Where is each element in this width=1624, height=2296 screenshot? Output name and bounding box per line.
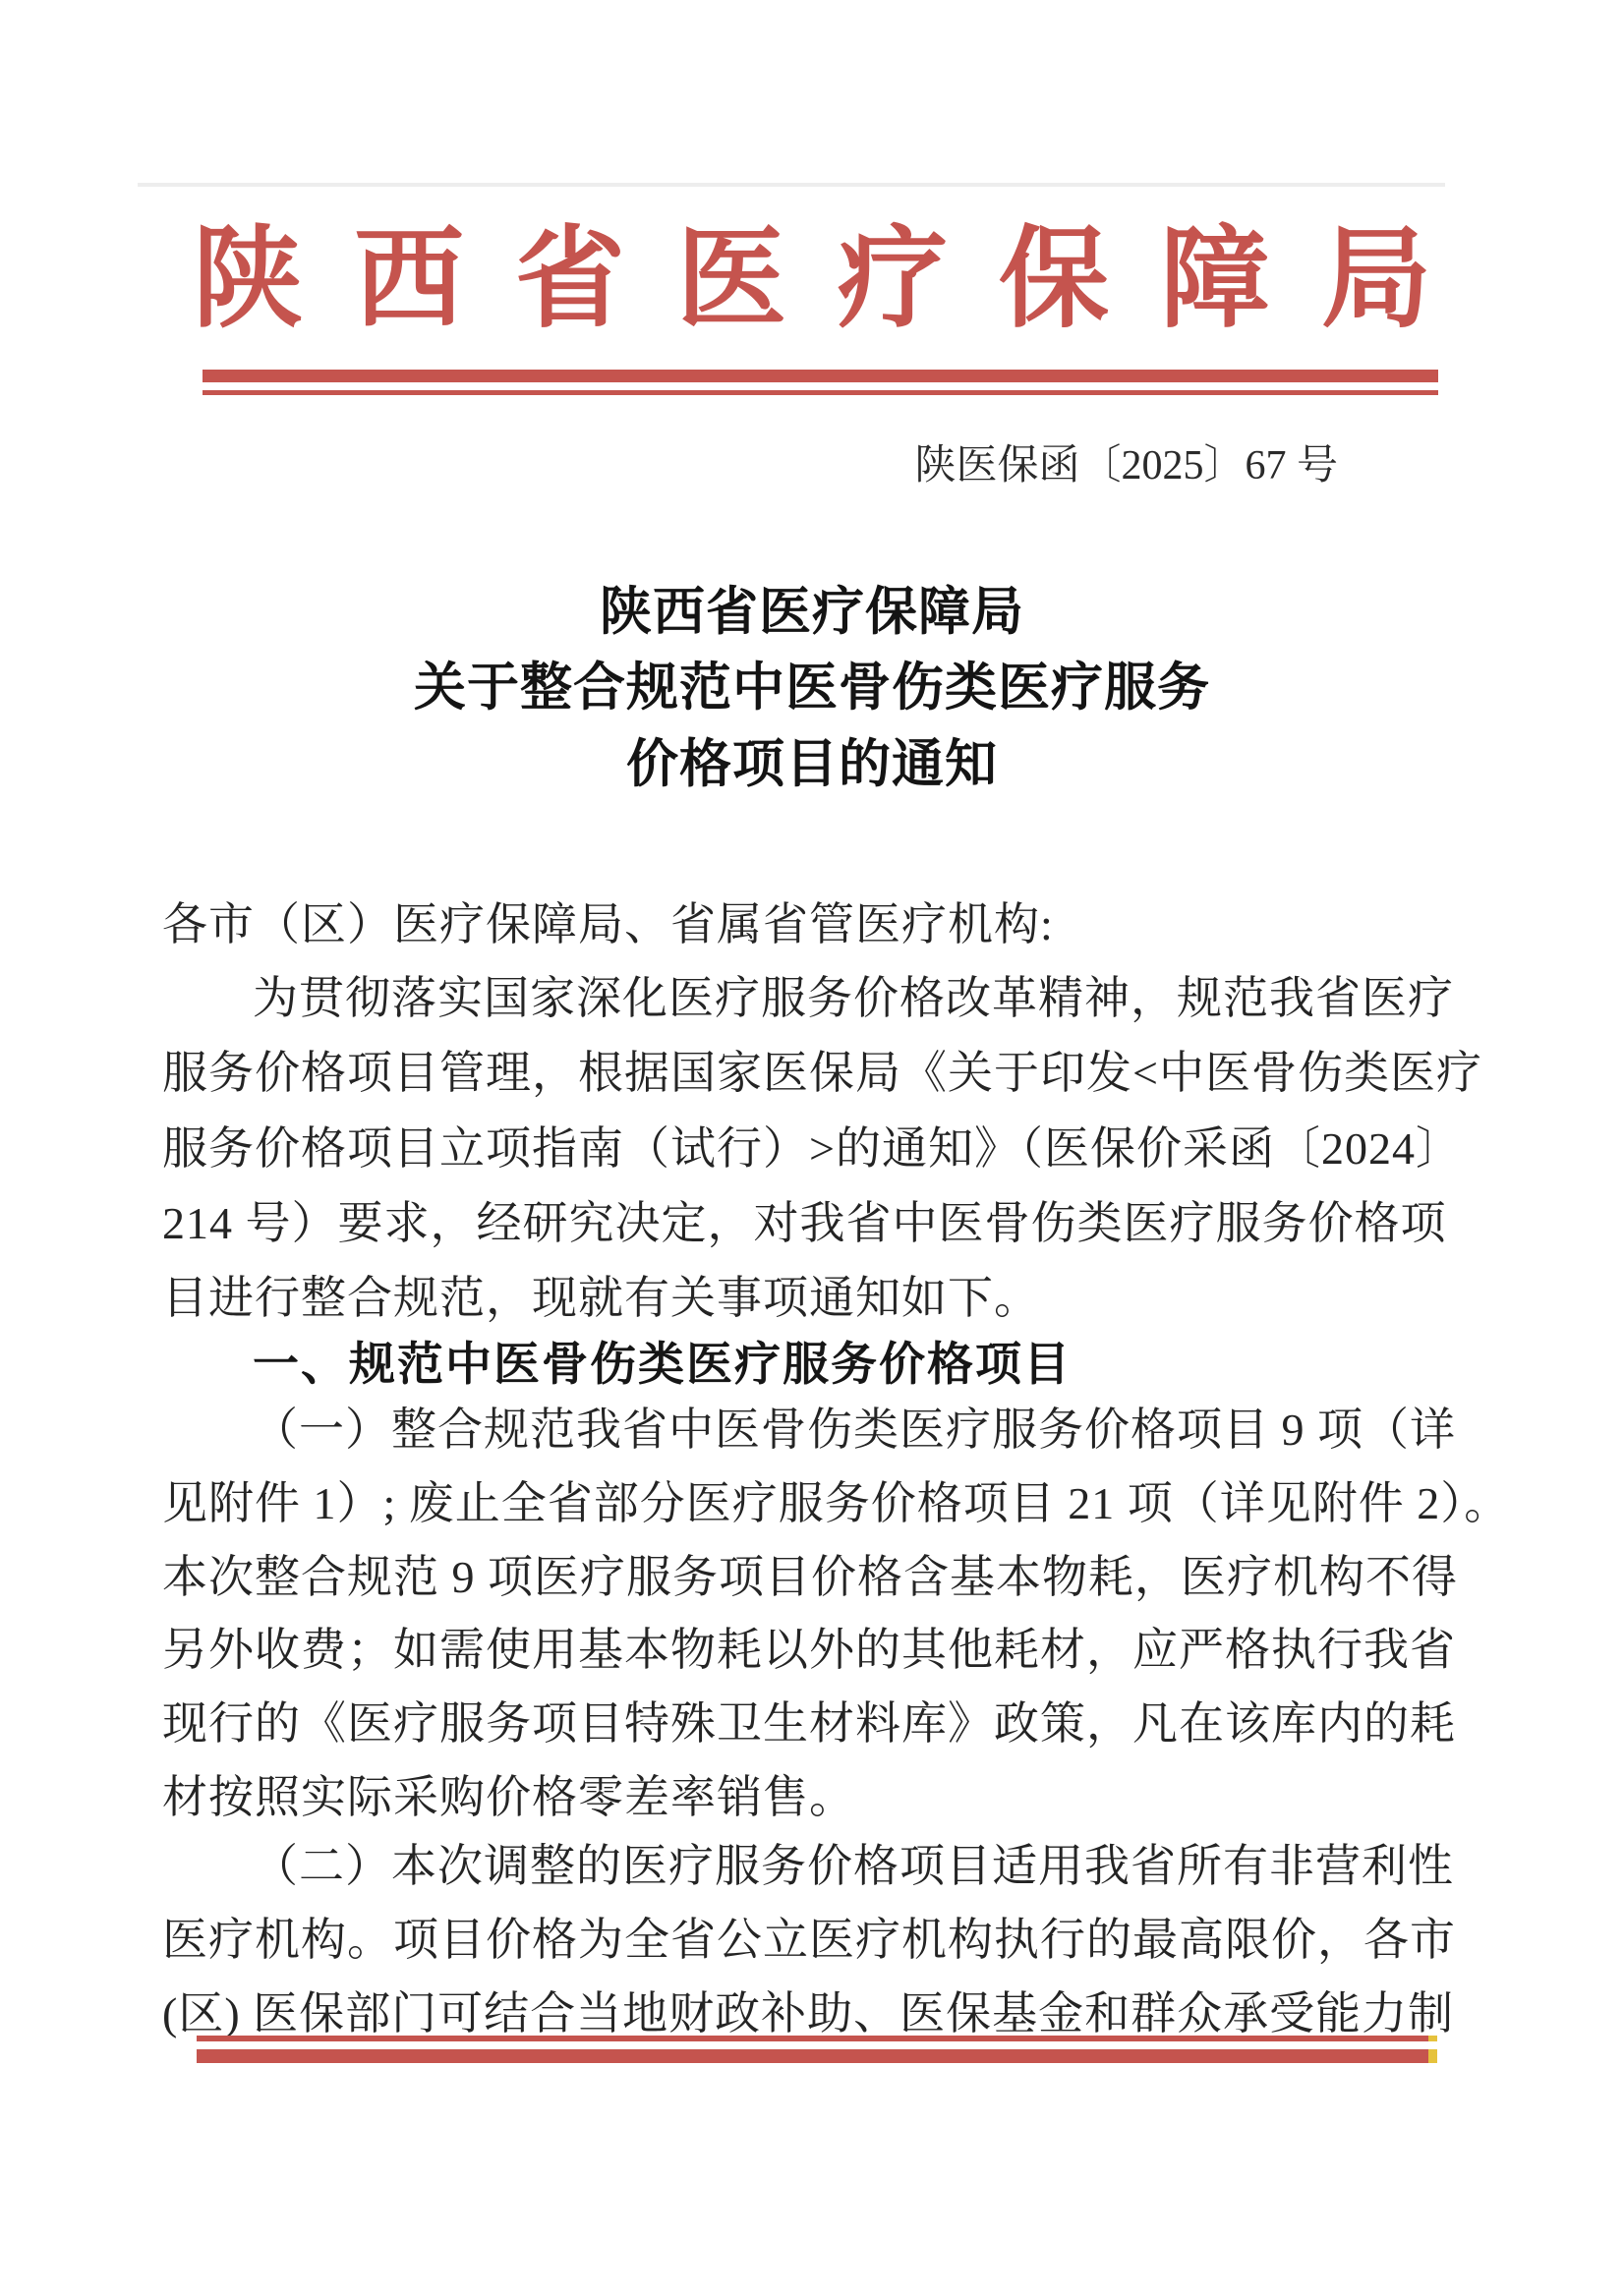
footer-rule-thick — [197, 2049, 1437, 2063]
body-section-heading: 一、规范中医骨伤类医疗服务价格项目 — [162, 1337, 1570, 1392]
document-title-line-1: 陕西省医疗保障局 — [0, 582, 1624, 643]
scan-artifact-line — [138, 183, 1445, 187]
body-line: (区) 医保部门可结合当地财政补助、医保基金和群众承受能力制 — [162, 1986, 1479, 2041]
letterhead-rule-thin — [203, 390, 1438, 395]
footer-rule-tip — [1428, 2049, 1437, 2063]
body-line: （一）整合规范我省中医骨伤类医疗服务价格项目 9 项（详 — [162, 1403, 1570, 1458]
letterhead-rule-thick — [203, 370, 1438, 382]
body-line: 医疗机构。项目价格为全省公立医疗机构执行的最高限价，各市 — [162, 1913, 1479, 1968]
body-line: 214 号）要求，经研究决定，对我省中医骨伤类医疗服务价格项 — [162, 1196, 1479, 1251]
body-line: 见附件 1）; 废止全省部分医疗服务价格项目 21 项（详见附件 2）。 — [162, 1476, 1479, 1531]
body-line: 目进行整合规范，现就有关事项通知如下。 — [162, 1271, 1479, 1326]
body-line: 为贯彻落实国家深化医疗服务价格改革精神，规范我省医疗 — [162, 971, 1570, 1026]
body-line: 现行的《医疗服务项目特殊卫生材料库》政策，凡在该库内的耗 — [162, 1696, 1479, 1751]
body-line: 服务价格项目管理，根据国家医保局《关于印发<中医骨伤类医疗 — [162, 1046, 1479, 1101]
document-title-line-3: 价格项目的通知 — [0, 734, 1624, 795]
body-salutation: 各市（区）医疗保障局、省属省管医疗机构: — [162, 897, 1479, 952]
body-line: 材按照实际采购价格零差率销售。 — [162, 1770, 1479, 1825]
letterhead-agency-title: 陕西省医疗保障局 — [193, 221, 1482, 339]
footer-rule-thin — [197, 2036, 1437, 2041]
document-page: 陕西省医疗保障局 陕医保函〔2025〕67 号 陕西省医疗保障局 关于整合规范中… — [0, 0, 1624, 2296]
doc-number: 陕医保函〔2025〕67 号 — [914, 440, 1338, 491]
document-title-line-2: 关于整合规范中医骨伤类医疗服务 — [0, 658, 1624, 718]
body-line: 另外收费；如需使用基本物耗以外的其他耗材，应严格执行我省 — [162, 1623, 1479, 1678]
body-line: 服务价格项目立项指南（试行）>的通知》（医保价采函〔2024〕 — [162, 1121, 1479, 1177]
body-line: （二）本次调整的医疗服务价格项目适用我省所有非营利性 — [162, 1839, 1570, 1894]
letterhead: 陕西省医疗保障局 — [0, 221, 1624, 339]
footer-rule-tip — [1428, 2036, 1437, 2041]
body-line: 本次整合规范 9 项医疗服务项目价格含基本物耗，医疗机构不得 — [162, 1550, 1479, 1605]
